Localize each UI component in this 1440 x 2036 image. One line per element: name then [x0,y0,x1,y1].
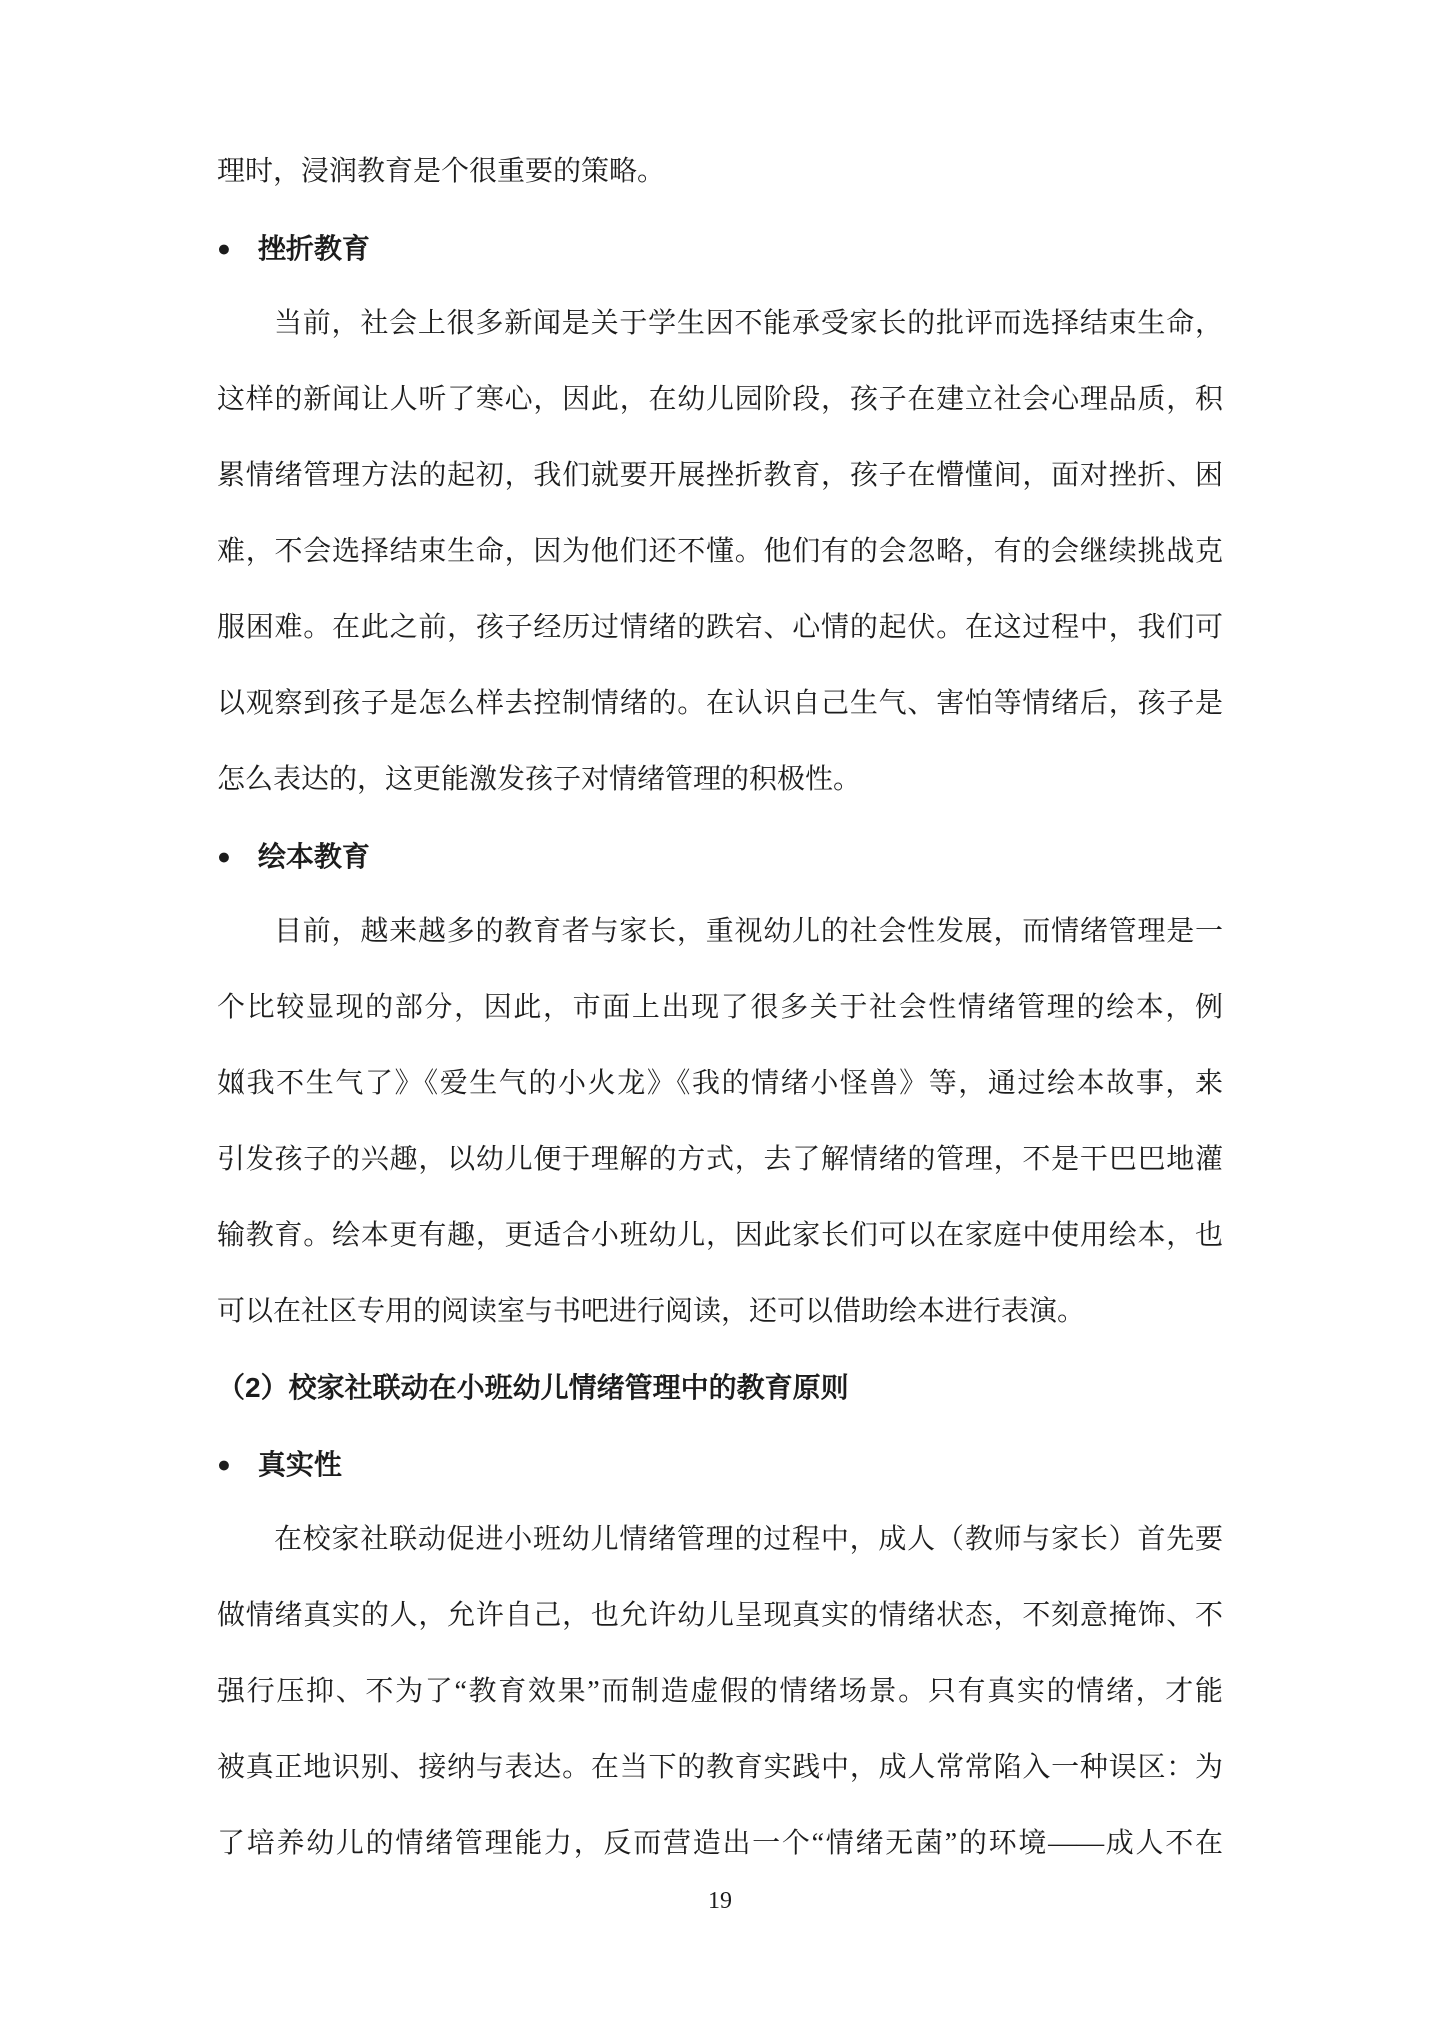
paragraph-line: 当前，社会上很多新闻是关于学生因不能承受家长的批评而选择结束生命， [217,286,1223,362]
document-page: 理时，浸润教育是个很重要的策略。●挫折教育当前，社会上很多新闻是关于学生因不能承… [0,0,1440,2036]
paragraph-line: 累情绪管理方法的起初，我们就要开展挫折教育，孩子在懵懂间，面对挫折、困 [217,438,1223,514]
paragraph-line: 《我不生气了》《爱生气的小火龙》《我的情绪小怪兽》等，通过绘本故事，来 [217,1046,1223,1122]
page-number: 19 [0,1888,1440,1915]
bullet-icon: ● [217,818,231,894]
paragraph-line: 做情绪真实的人，允许自己，也允许幼儿呈现真实的情绪状态，不刻意掩饰、不 [217,1578,1223,1654]
bullet-item: ●挫折教育 [217,210,1223,286]
paragraph-line: 怎么表达的，这更能激发孩子对情绪管理的积极性。 [217,742,1223,818]
paragraph-line: 服困难。在此之前，孩子经历过情绪的跌宕、心情的起伏。在这过程中，我们可 [217,590,1223,666]
bullet-label: 绘本教育 [258,841,370,872]
paragraph-line: 输教育。绘本更有趣，更适合小班幼儿，因此家长们可以在家庭中使用绘本，也 [217,1198,1223,1274]
bullet-item: ●真实性 [217,1426,1223,1502]
paragraph-line: 这样的新闻让人听了寒心，因此，在幼儿园阶段，孩子在建立社会心理品质，积 [217,362,1223,438]
paragraph-line: 难，不会选择结束生命，因为他们还不懂。他们有的会忽略，有的会继续挑战克 [217,514,1223,590]
paragraph-line: 理时，浸润教育是个很重要的策略。 [217,134,1223,210]
bullet-label: 真实性 [258,1449,342,1480]
paragraph-line: 在校家社联动促进小班幼儿情绪管理的过程中，成人（教师与家长）首先要 [217,1502,1223,1578]
bullet-icon: ● [217,1426,231,1502]
paragraph-line: 个比较显现的部分，因此，市面上出现了很多关于社会性情绪管理的绘本，例如： [217,970,1223,1046]
paragraph-line: 可以在社区专用的阅读室与书吧进行阅读，还可以借助绘本进行表演。 [217,1274,1223,1350]
paragraph-line: 了培养幼儿的情绪管理能力，反而营造出一个“情绪无菌”的环境——成人不在 [217,1806,1223,1882]
paragraph-line: 被真正地识别、接纳与表达。在当下的教育实践中，成人常常陷入一种误区：为 [217,1730,1223,1806]
paragraph-line: 以观察到孩子是怎么样去控制情绪的。在认识自己生气、害怕等情绪后，孩子是 [217,666,1223,742]
bullet-icon: ● [217,210,231,286]
document-content: 理时，浸润教育是个很重要的策略。●挫折教育当前，社会上很多新闻是关于学生因不能承… [217,134,1223,1882]
bullet-label: 挫折教育 [258,233,370,264]
paragraph-line: 引发孩子的兴趣，以幼儿便于理解的方式，去了解情绪的管理，不是干巴巴地灌 [217,1122,1223,1198]
section-heading: （2）校家社联动在小班幼儿情绪管理中的教育原则 [217,1350,1223,1426]
paragraph-line: 目前，越来越多的教育者与家长，重视幼儿的社会性发展，而情绪管理是一 [217,894,1223,970]
bullet-item: ●绘本教育 [217,818,1223,894]
paragraph-line: 强行压抑、不为了“教育效果”而制造虚假的情绪场景。只有真实的情绪，才能 [217,1654,1223,1730]
